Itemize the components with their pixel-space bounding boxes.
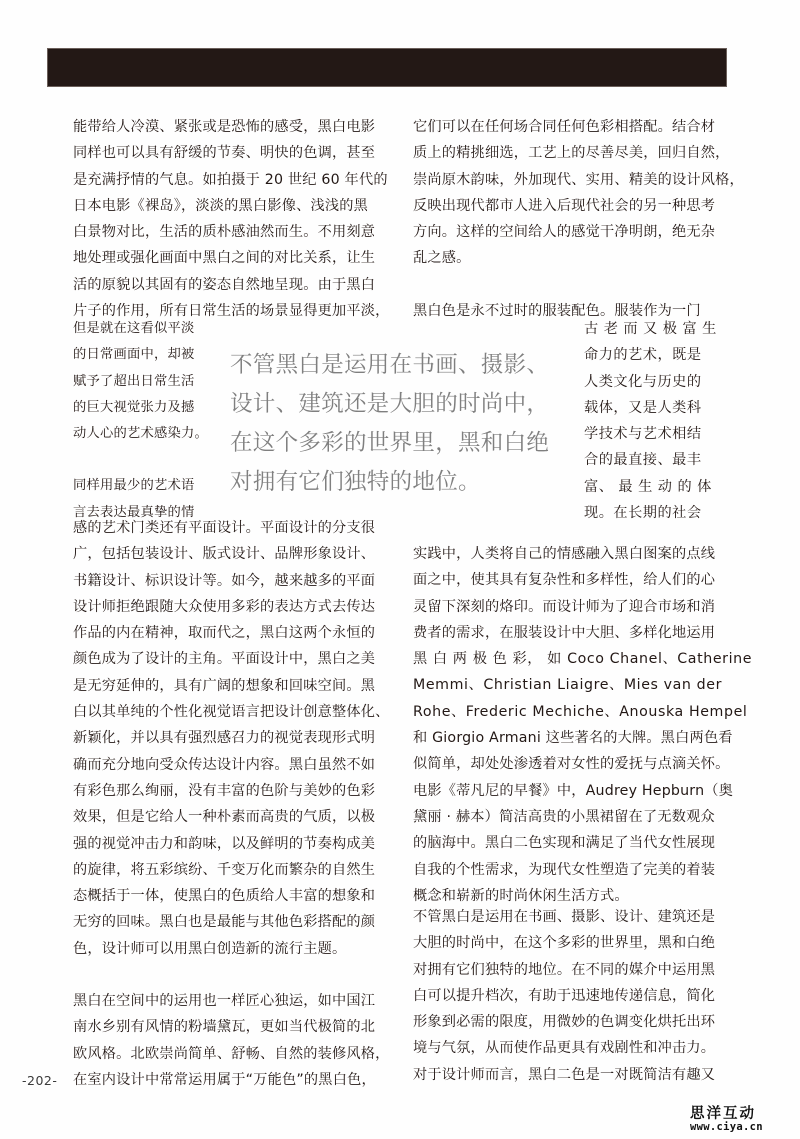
- text-line: 的旋律，将五彩缤纷、千变万化而繁杂的自然生: [73, 857, 399, 883]
- left-column-graphic-design: 感的艺术门类还有平面设计。平面设计的分支很 广，包括包装设计、版式设计、品牌形象…: [73, 515, 399, 1093]
- text-line: 色，设计师可以用黑白创造新的流行主题。: [73, 936, 399, 962]
- text-line: 感的艺术门类还有平面设计。平面设计的分支很: [73, 515, 399, 541]
- text-line: 在室内设计中常常运用属于“万能色”的黑白色，: [73, 1067, 399, 1093]
- watermark-title: 思洋互动: [690, 1102, 800, 1123]
- right-column-wrap-text: 古 老 而 又 极 富 生 命力的艺术，既是 人类文化与历史的 载体，又是人类科…: [584, 316, 740, 526]
- text-line: 有彩色那么绚丽，没有丰富的色阶与美妙的色彩: [73, 778, 399, 804]
- text-line: 作品的内在精神，取而代之，黑白这两个永恒的: [73, 620, 399, 646]
- left-column-wrap-text: 但是就在这看似平淡 的日常画面中，却被 赋予了超出日常生活 的巨大视觉张力及撼 …: [73, 316, 183, 526]
- text-line: 白可以提升档次，有助于迅速地传递信息，简化: [413, 983, 739, 1009]
- text-line: 人类文化与历史的: [584, 369, 740, 395]
- text-line: 对于设计师而言，黑白二色是一对既简洁有趣又: [413, 1062, 739, 1088]
- text-line: 形象到必需的限度，用微妙的色调变化烘托出环: [413, 1009, 739, 1035]
- text-line: 费者的需求，在服装设计中大胆、多样化地运用: [413, 620, 739, 646]
- text-line: 命力的艺术，既是: [584, 342, 740, 368]
- text-line: 设计师拒绝跟随大众使用多彩的表达方式去传达: [73, 594, 399, 620]
- pull-quote-line: 在这个多彩的世界里，黑和白绝: [230, 424, 590, 463]
- text-line: 载体，又是人类科: [584, 395, 740, 421]
- text-line: 方向。这样的空间给人的感觉干净明朗，绝无杂: [413, 219, 739, 245]
- text-line: 活的原貌以其固有的姿态自然地呈现。由于黑白: [73, 272, 399, 298]
- text-line: 反映出现代都市人进入后现代社会的另一种思考: [413, 193, 739, 219]
- text-line: 效果，但是它给人一种朴素而高贵的气质，以极: [73, 804, 399, 830]
- text-line: 强的视觉冲击力和韵味，以及鲜明的节奏构成美: [73, 831, 399, 857]
- pull-quote-line: 设计、建筑还是大胆的时尚中，: [230, 385, 590, 424]
- text-line: 合的最直接、最丰: [584, 447, 740, 473]
- text-line: 同样用最少的艺术语: [73, 473, 183, 499]
- text-line: 广，包括包装设计、版式设计、品牌形象设计、: [73, 541, 399, 567]
- text-line: 欧风格。北欧崇尚简单、舒畅、自然的装修风格，: [73, 1041, 399, 1067]
- text-line: 的日常画面中，却被: [73, 342, 183, 368]
- text-line: 黑白在空间中的运用也一样匠心独运，如中国江: [73, 988, 399, 1014]
- text-line: 但是就在这看似平淡: [73, 316, 183, 342]
- left-column-intro: 能带给人冷漠、紧张或是恐怖的感受，黑白电影 同样也可以具有舒缓的节奏、明快的色调…: [73, 114, 399, 324]
- text-line: 同样也可以具有舒缓的节奏、明快的色调，甚至: [73, 140, 399, 166]
- text-line: 似简单，却处处渗透着对女性的爱抚与点滴关怀。: [413, 751, 739, 777]
- header-bar: [47, 48, 727, 87]
- text-line: 无穷的回味。黑白也是最能与其他色彩搭配的颜: [73, 909, 399, 935]
- text-line: 南水乡别有风情的粉墙黛瓦，更如当代极简的北: [73, 1014, 399, 1040]
- text-line: 它们可以在任何场合同任何色彩相搭配。结合材: [413, 114, 739, 140]
- pull-quote-line: 不管黑白是运用在书画、摄影、: [230, 346, 590, 385]
- text-line: 学技术与艺术相结: [584, 421, 740, 447]
- text-line: 对拥有它们独特的地位。在不同的媒介中运用黑: [413, 957, 739, 983]
- text-line: 书籍设计、标识设计等。如今，越来越多的平面: [73, 568, 399, 594]
- text-line: 的巨大视觉张力及撼: [73, 395, 183, 421]
- text-line: 态概括于一体，使黑白的色质给人丰富的想象和: [73, 883, 399, 909]
- text-line: 确而充分地向受众传达设计内容。黑白虽然不如: [73, 752, 399, 778]
- watermark-url: www.ciya.cn: [690, 1121, 800, 1133]
- text-line: 崇尚原木韵味，外加现代、实用、精美的设计风格，: [413, 167, 739, 193]
- pull-quote: 不管黑白是运用在书画、摄影、 设计、建筑还是大胆的时尚中， 在这个多彩的世界里，…: [230, 346, 590, 502]
- text-line: 灵留下深刻的烙印。而设计师为了迎合市场和消: [413, 594, 739, 620]
- text-line: Memmi、Christian Liaigre、Mies van der: [413, 672, 739, 698]
- text-line: 质上的精挑细选，工艺上的尽善尽美，回归自然，: [413, 140, 739, 166]
- text-line: 不管黑白是运用在书画、摄影、设计、建筑还是: [413, 904, 739, 930]
- text-line: 白景物对比，生活的质朴感油然而生。不用刻意: [73, 219, 399, 245]
- text-line: 白以其单纯的个性化视觉语言把设计创意整体化、: [73, 699, 399, 725]
- text-line: 面之中，使其具有复杂性和多样性，给人们的心: [413, 567, 739, 593]
- text-line: 自我的个性需求，为现代女性塑造了完美的着装: [413, 857, 739, 883]
- text-line: Rohe、Frederic Mechiche、Anouska Hempel: [413, 699, 739, 725]
- pull-quote-line: 对拥有它们独特的地位。: [230, 463, 590, 502]
- watermark: 思洋互动 www.ciya.cn: [690, 1102, 800, 1133]
- page-number: -202-: [22, 1073, 57, 1088]
- text-line: 日本电影《裸岛》，淡淡的黑白影像、浅浅的黑: [73, 193, 399, 219]
- text-line: 能带给人冷漠、紧张或是恐怖的感受，黑白电影: [73, 114, 399, 140]
- right-column-closing: 不管黑白是运用在书画、摄影、设计、建筑还是 大胆的时尚中，在这个多彩的世界里，黑…: [413, 904, 739, 1088]
- text-line: 是充满抒情的气息。如拍摄于 20 世纪 60 年代的: [73, 167, 399, 193]
- text-line: 古 老 而 又 极 富 生: [584, 316, 740, 342]
- text-line: 现。在长期的社会: [584, 500, 740, 526]
- text-line: 地处理或强化画面中黑白之间的对比关系，让生: [73, 245, 399, 271]
- text-line: 动人心的艺术感染力。: [73, 421, 183, 447]
- text-line: 颜色成为了设计的主角。平面设计中，黑白之美: [73, 646, 399, 672]
- text-line: 和 Giorgio Armani 这些著名的大牌。黑白两色看: [413, 725, 739, 751]
- text-line: 黛丽 · 赫本）简洁高贵的小黑裙留在了无数观众: [413, 804, 739, 830]
- text-line: 是无穷延伸的，具有广阔的想象和回味空间。黑: [73, 673, 399, 699]
- text-line: 境与气氛，从而使作品更具有戏剧性和冲击力。: [413, 1035, 739, 1061]
- text-line: 新颖化，并以具有强烈感召力的视觉表现形式明: [73, 725, 399, 751]
- text-line: 富、 最 生 动 的 体: [584, 474, 740, 500]
- text-line: 赋予了超出日常生活: [73, 369, 183, 395]
- right-column-intro: 它们可以在任何场合同任何色彩相搭配。结合材 质上的精挑细选，工艺上的尽善尽美，回…: [413, 114, 739, 324]
- text-line: 实践中，人类将自己的情感融入黑白图案的点线: [413, 541, 739, 567]
- right-column-fashion: 实践中，人类将自己的情感融入黑白图案的点线 面之中，使其具有复杂性和多样性，给人…: [413, 541, 739, 909]
- text-line: 的脑海中。黑白二色实现和满足了当代女性展现: [413, 830, 739, 856]
- text-line: 电影《蒂凡尼的早餐》中，Audrey Hepburn（奥: [413, 778, 739, 804]
- text-line: 大胆的时尚中，在这个多彩的世界里，黑和白绝: [413, 930, 739, 956]
- text-line: 乱之感。: [413, 245, 739, 271]
- text-line: 黑 白 两 极 色 彩， 如 Coco Chanel、Catherine: [413, 646, 739, 672]
